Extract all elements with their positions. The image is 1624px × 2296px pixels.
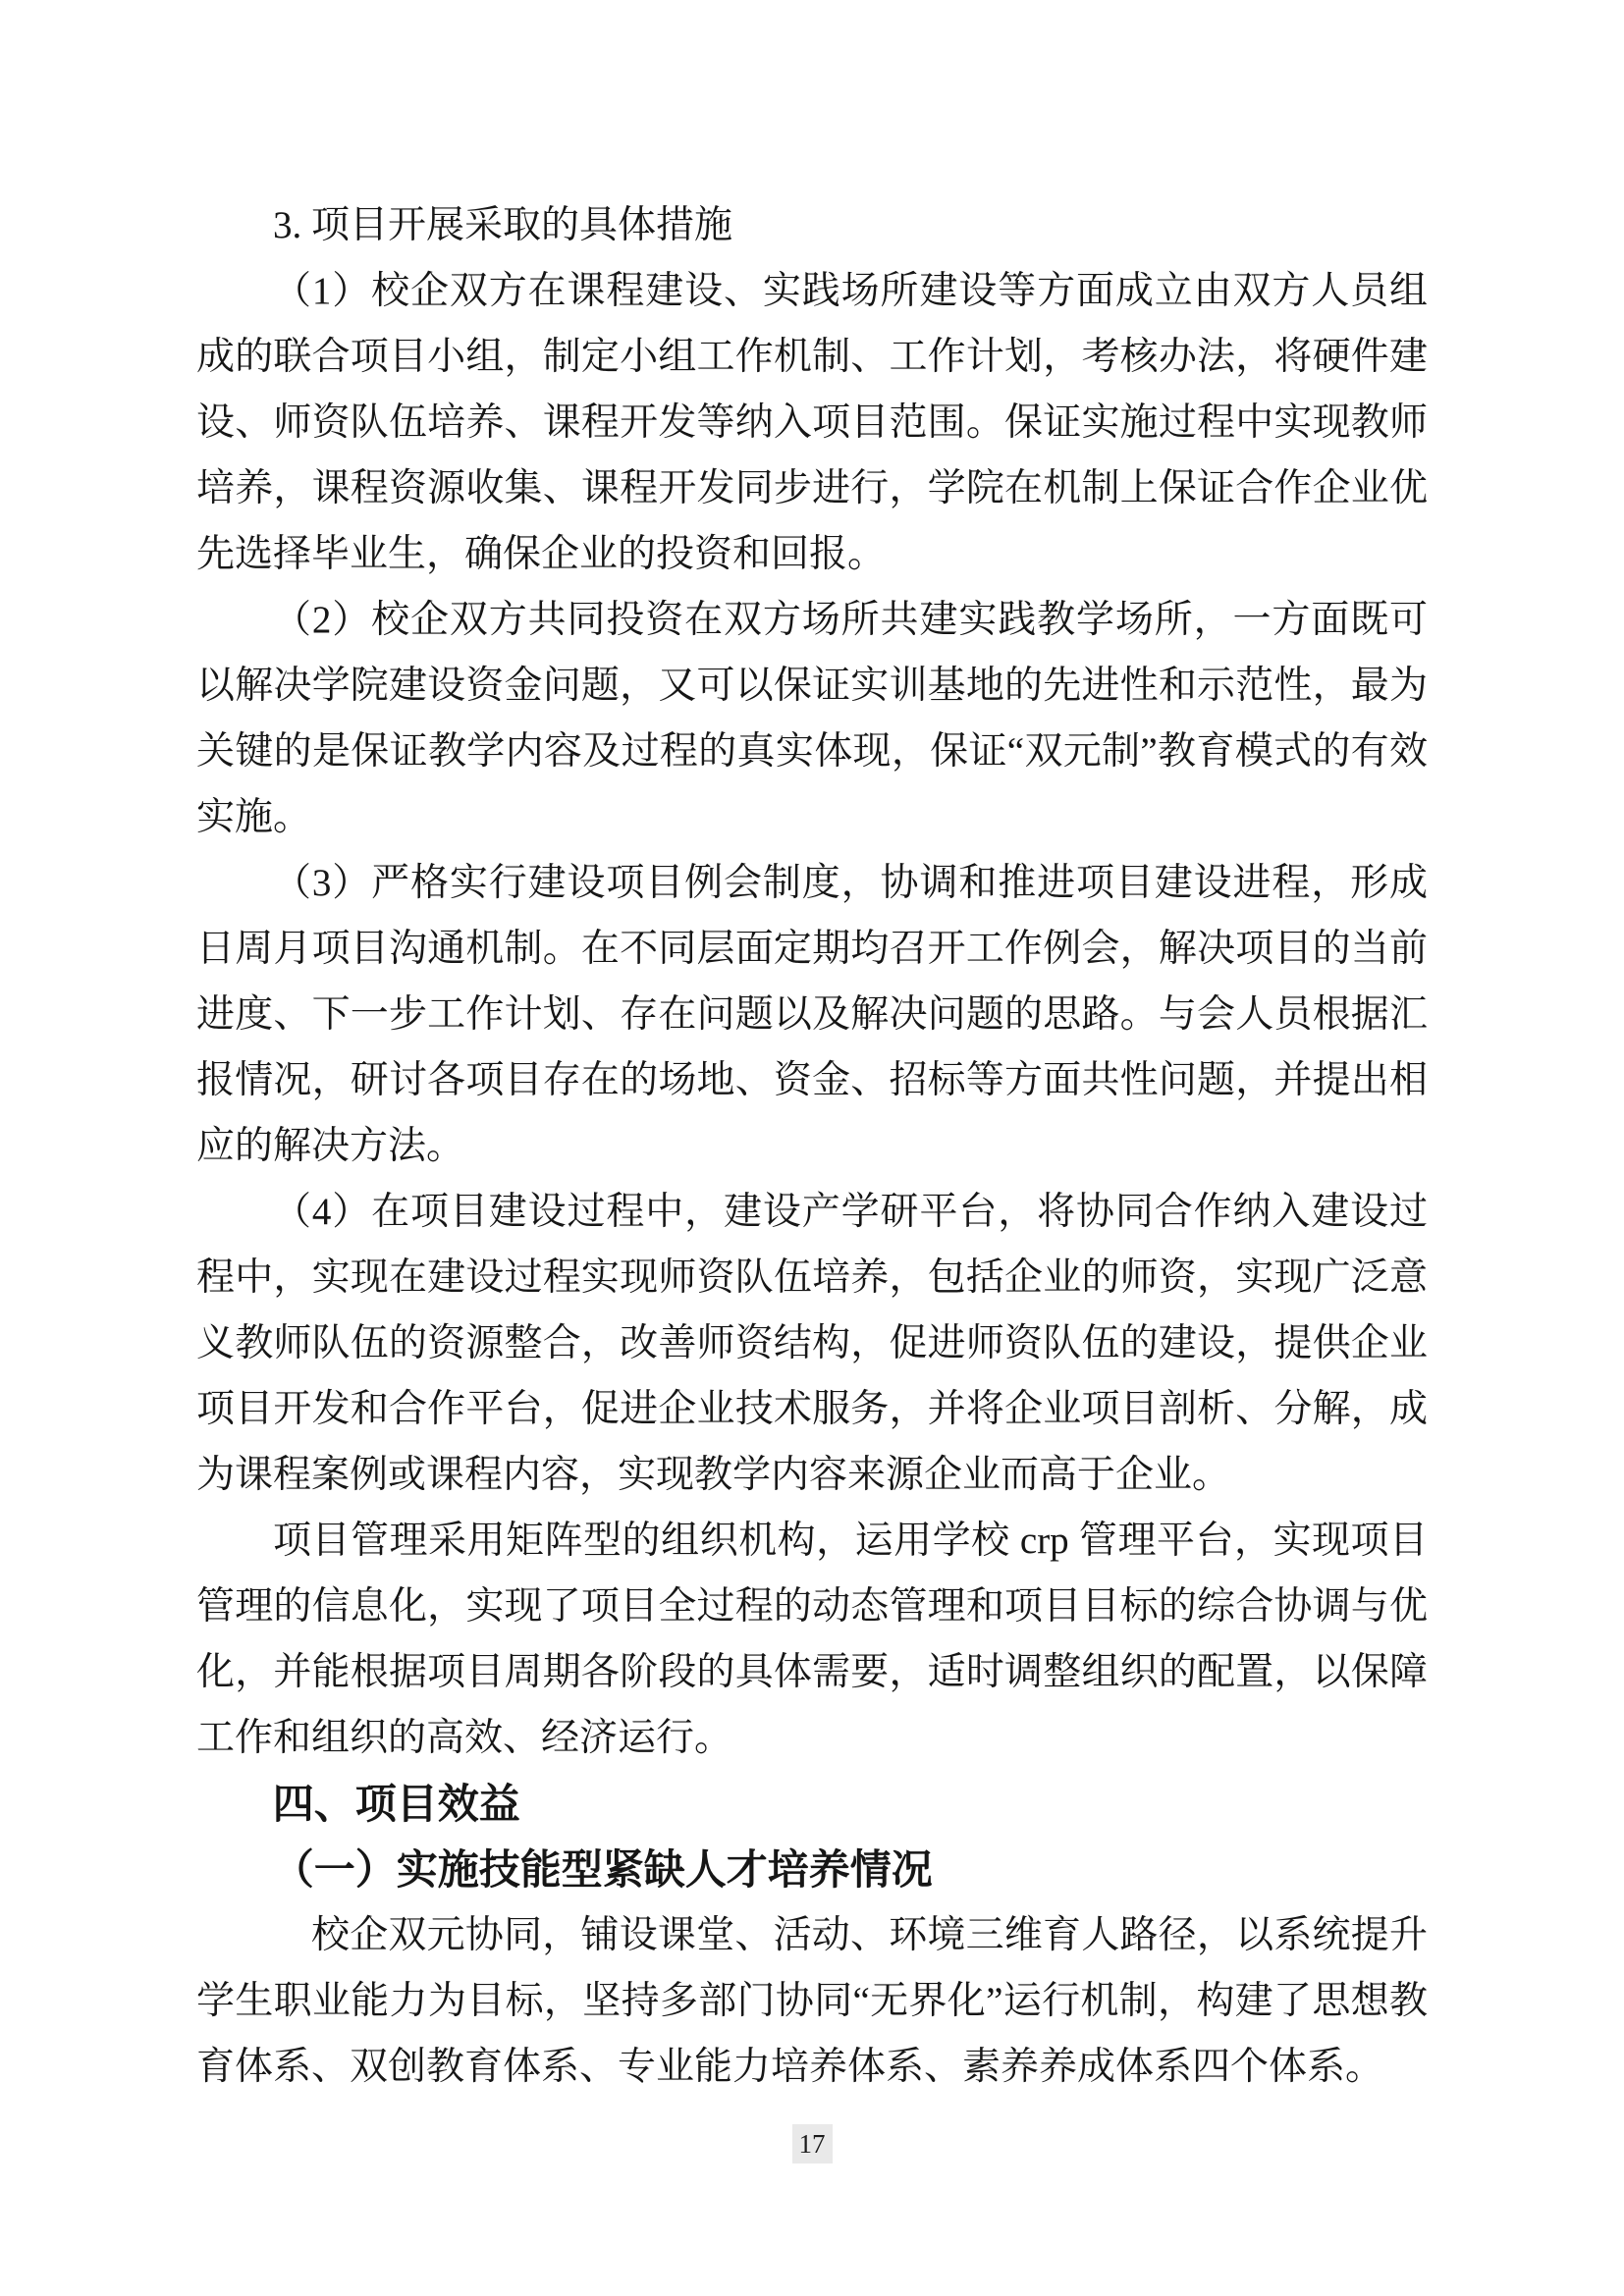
paragraph-measure-3: （3）严格实行建设项目例会制度，协调和推进项目建设进程，形成日周月项目沟通机制。… bbox=[196, 850, 1428, 1179]
page-footer: 17 bbox=[0, 2124, 1624, 2163]
paragraph-measure-2: （2）校企双方共同投资在双方场所共建实践教学场所，一方面既可以解决学院建设资金问… bbox=[196, 587, 1428, 850]
section-heading-project-benefits: 四、项目效益 bbox=[196, 1771, 1428, 1837]
paragraph-measure-4: （4）在项目建设过程中，建设产学研平台，将协同合作纳入建设过程中，实现在建设过程… bbox=[196, 1179, 1428, 1508]
document-body: 3. 项目开展采取的具体措施 （1）校企双方在课程建设、实践场所建设等方面成立由… bbox=[196, 192, 1428, 2100]
page-number: 17 bbox=[792, 2124, 833, 2163]
paragraph-project-management: 项目管理采用矩阵型的组织机构，运用学校 crp 管理平台，实现项目管理的信息化，… bbox=[196, 1508, 1428, 1771]
paragraph-talent-training: 校企双元协同，铺设课堂、活动、环境三维育人路径，以系统提升学生职业能力为目标，坚… bbox=[196, 1902, 1428, 2100]
subsection-heading-talent-training: （一）实施技能型紧缺人才培养情况 bbox=[196, 1837, 1428, 1902]
paragraph-measure-1: （1）校企双方在课程建设、实践场所建设等方面成立由双方人员组成的联合项目小组，制… bbox=[196, 258, 1428, 587]
measures-subheading: 3. 项目开展采取的具体措施 bbox=[196, 192, 1428, 258]
document-page: 3. 项目开展采取的具体措施 （1）校企双方在课程建设、实践场所建设等方面成立由… bbox=[0, 0, 1624, 2296]
